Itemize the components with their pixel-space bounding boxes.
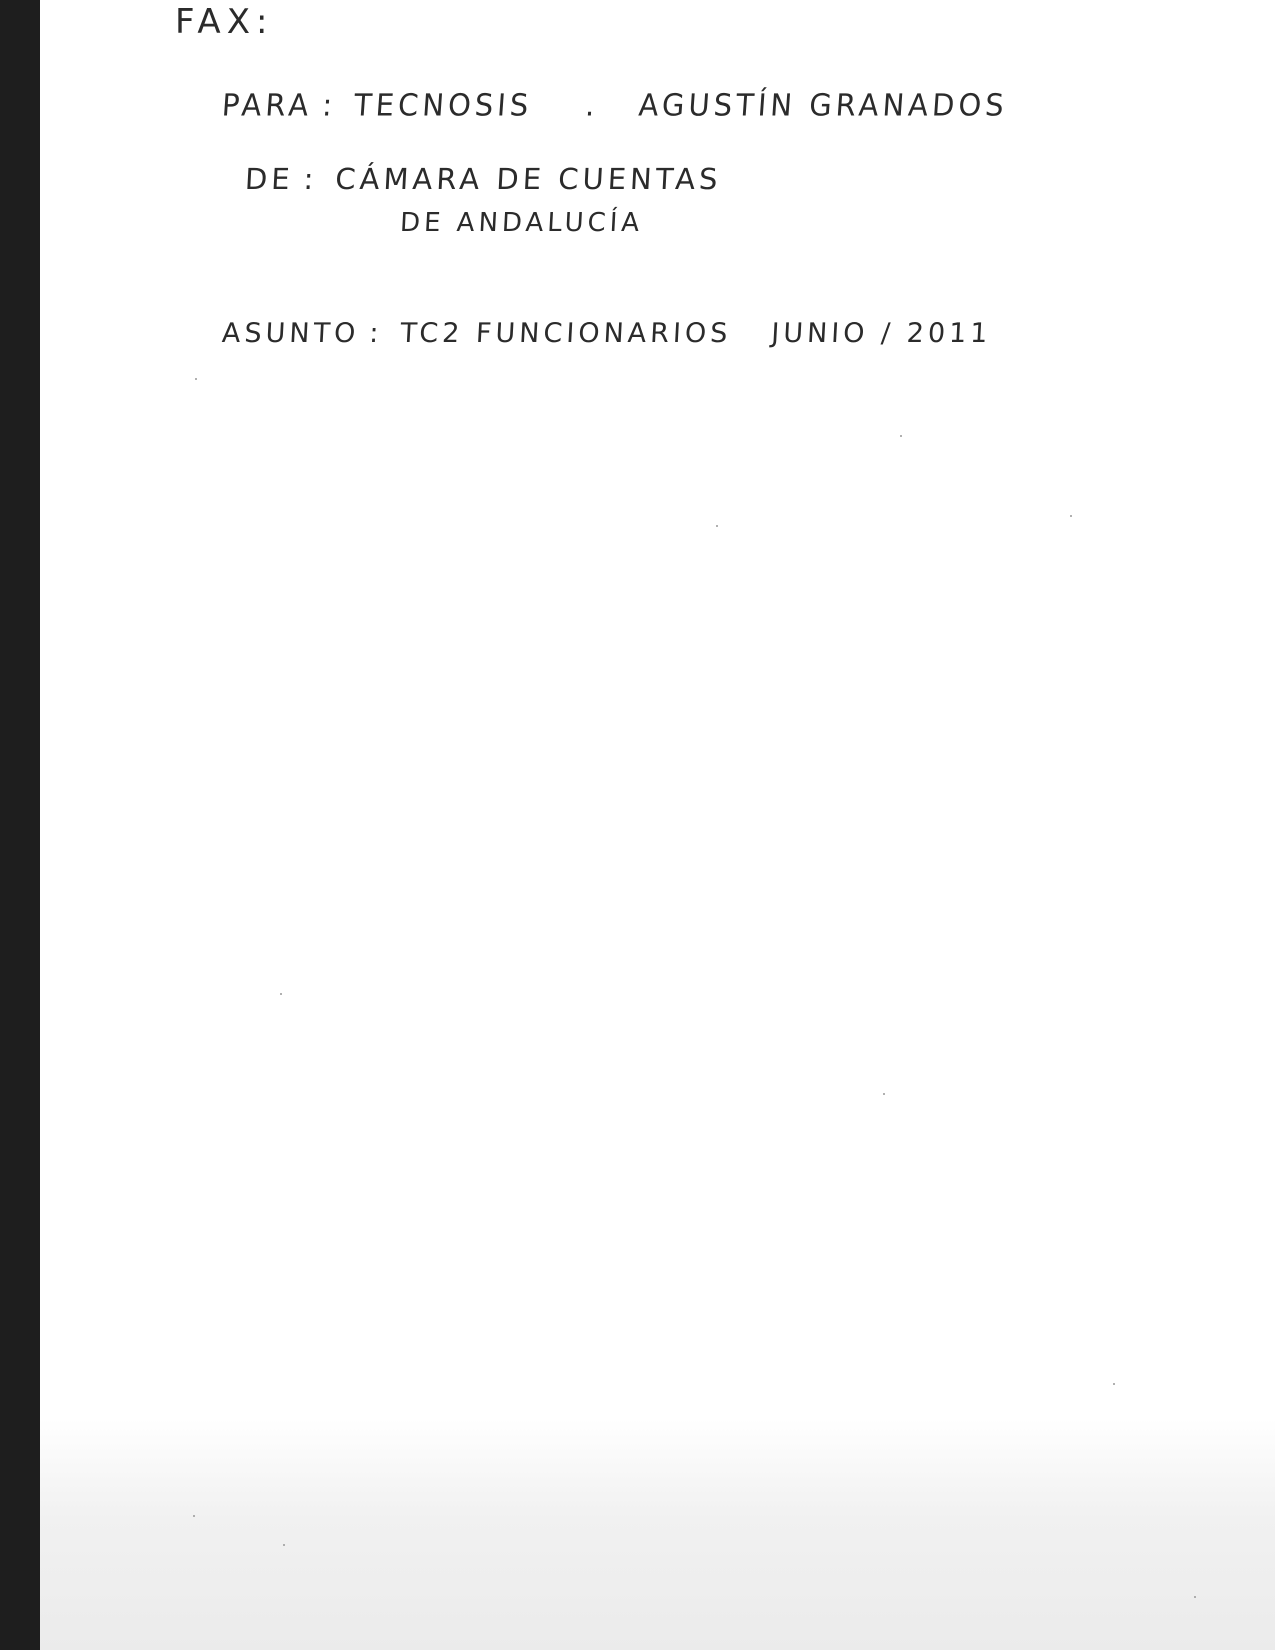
scan-speck xyxy=(1113,1383,1115,1385)
sender-colon: : xyxy=(303,162,319,196)
sender-label: DE xyxy=(244,162,294,196)
subject-colon: : xyxy=(369,318,384,349)
recipient-line: PARA:TECNOSIS .AGUSTÍN GRANADOS xyxy=(221,87,1009,123)
scan-edge-shadow xyxy=(0,0,40,1650)
scan-speck xyxy=(195,378,197,380)
subject-label: ASUNTO xyxy=(221,318,360,349)
recipient-company: TECNOSIS xyxy=(353,87,534,123)
recipient-colon: : xyxy=(321,87,337,123)
scan-speck xyxy=(283,1544,285,1546)
subject-period: JUNIO / 2011 xyxy=(771,318,993,349)
scan-speck xyxy=(900,435,902,437)
scan-speck xyxy=(280,993,282,995)
recipient-label: PARA xyxy=(221,87,314,123)
sender-name-line1: CÁMARA DE CUENTAS xyxy=(335,162,723,196)
subject-value: TC2 FUNCIONARIOS xyxy=(400,318,732,349)
scan-speck xyxy=(716,525,718,527)
scan-speck xyxy=(1070,515,1072,517)
fax-title: FAX: xyxy=(175,2,273,42)
sender-name-line2: DE ANDALUCÍA xyxy=(399,208,644,238)
recipient-separator: . xyxy=(584,87,600,123)
sender-line: DE:CÁMARA DE CUENTAS xyxy=(244,162,722,196)
scan-speck xyxy=(883,1093,885,1095)
recipient-person: AGUSTÍN GRANADOS xyxy=(637,87,1008,123)
scan-speck xyxy=(1194,1596,1196,1598)
fax-page: FAX: PARA:TECNOSIS .AGUSTÍN GRANADOS DE:… xyxy=(40,0,1275,1650)
scan-speck xyxy=(193,1515,195,1517)
subject-line: ASUNTO:TC2 FUNCIONARIOSJUNIO / 2011 xyxy=(221,318,992,349)
